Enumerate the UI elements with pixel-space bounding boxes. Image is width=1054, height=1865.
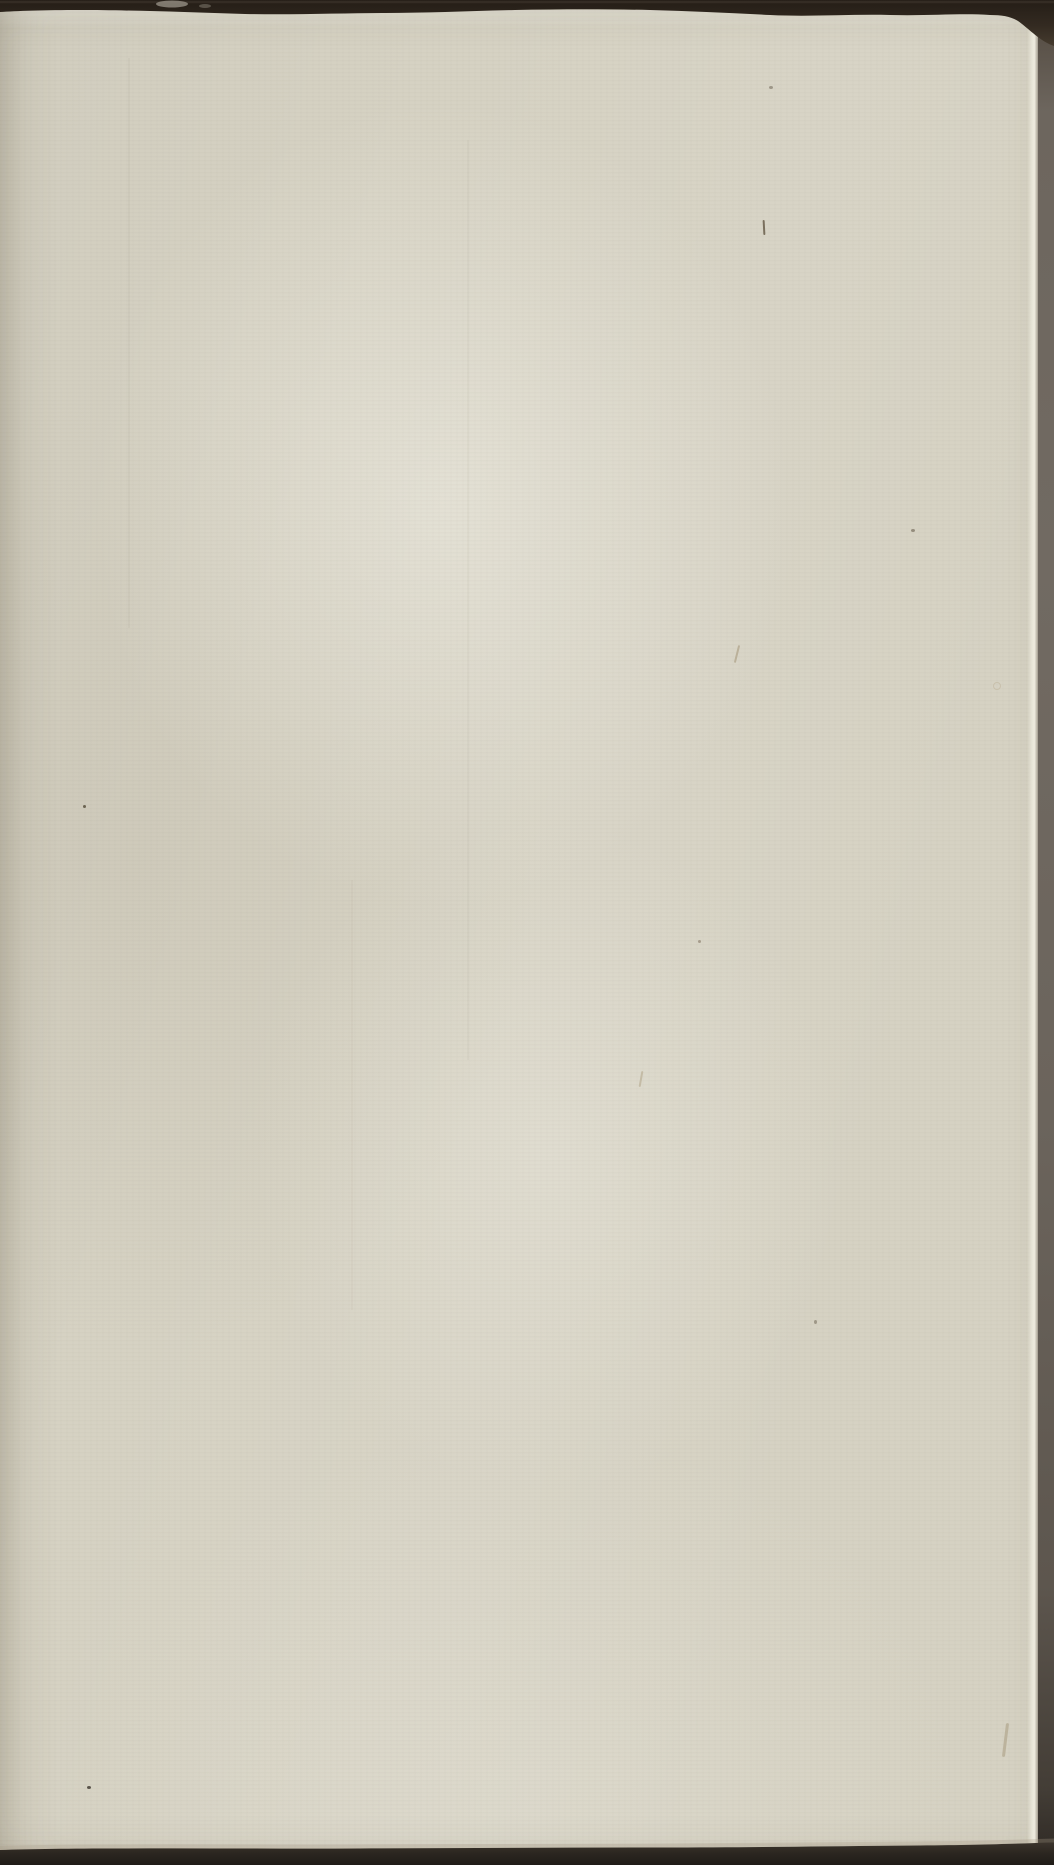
- book-page-paper: [0, 0, 1054, 1865]
- page-vignette: [0, 0, 1054, 1865]
- scanned-page-view: [0, 0, 1054, 1865]
- page-fore-edge: [1027, 0, 1038, 1865]
- book-bottom-edge: [0, 1823, 1054, 1865]
- scanner-backdrop: [1038, 0, 1054, 1865]
- book-top-edge: [0, 0, 1054, 50]
